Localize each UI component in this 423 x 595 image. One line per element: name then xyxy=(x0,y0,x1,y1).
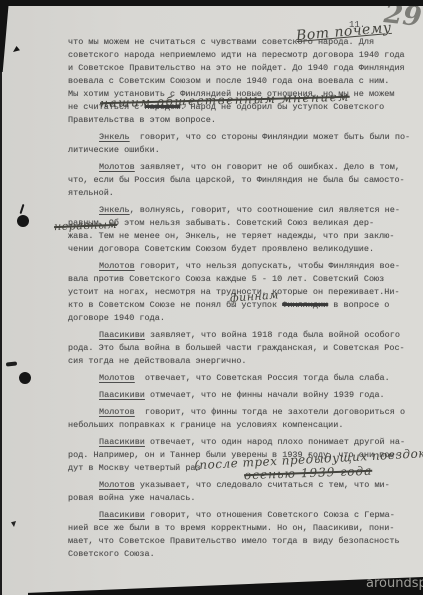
struck-word: Финляндии xyxy=(282,300,328,310)
typed-line: воевала с Советским Союзом и после 1940 … xyxy=(68,75,413,88)
paragraph: Молотов указывает, что следовало считать… xyxy=(68,479,413,505)
speaker-name: Энкель xyxy=(99,205,130,215)
typed-line: жава. Тем не менее он, Энкель, не теряет… xyxy=(68,230,413,243)
watermark: aroundspb.ru xyxy=(366,576,423,591)
punch-hole-ink-blot xyxy=(17,215,29,227)
scan-edge-bottom xyxy=(28,577,423,595)
paragraph: Энкель говорит, что со стороны Финляндии… xyxy=(68,131,413,157)
typed-line: Молотов заявляет, что он говорит не об о… xyxy=(68,161,413,174)
typed-line: Паасикиви говорит, что отношения Советск… xyxy=(68,509,413,522)
typed-line: Молотов говорит, что нельзя допускать, ч… xyxy=(68,260,413,273)
typed-line: Энкель говорит, что со стороны Финляндии… xyxy=(68,131,413,144)
speaker-name: Энкель xyxy=(99,132,130,142)
scanned-document-page: { "page": { "handwritten_page_number": "… xyxy=(0,0,423,595)
typed-line: Паасикиви заявляет, что война 1918 года … xyxy=(68,329,413,342)
handwritten-correction-neravnym: неравным xyxy=(54,218,118,233)
paragraph: что мы можем не считаться с чувствами со… xyxy=(68,36,413,127)
typed-line: мает, что Советское Правительство имело … xyxy=(68,535,413,548)
speaker-name: Молотов xyxy=(99,162,135,172)
paragraph: Паасикиви заявляет, что война 1918 года … xyxy=(68,329,413,368)
speaker-name: Молотов xyxy=(99,373,135,383)
typed-line: Правительства в этом вопросе. xyxy=(68,114,413,127)
typed-line: Паасикиви отмечает, что не финны начали … xyxy=(68,389,413,402)
paragraph: Энкель, волнуясь, говорит, что соотношен… xyxy=(68,204,413,256)
speaker-name: Паасикиви xyxy=(99,510,145,520)
paragraph: Молотов говорит, что финны тогда не захо… xyxy=(68,406,413,432)
speaker-name: Молотов xyxy=(99,407,135,417)
typed-line: небольших поправках к границе на условия… xyxy=(68,419,413,432)
paragraph: Паасикиви отмечает, что не финны начали … xyxy=(68,389,413,402)
speaker-name: Паасикиви xyxy=(99,390,145,400)
typed-line: и Советское Правительство на это не пойд… xyxy=(68,62,413,75)
paragraph: Молотов отвечает, что Советская Россия т… xyxy=(68,372,413,385)
typed-line: Паасикиви отвечает, что один народ плохо… xyxy=(68,436,413,449)
typed-line: чении договора Советским Союзом будет пр… xyxy=(68,243,413,256)
typed-line: литические ошибки. xyxy=(68,144,413,157)
speaker-name: Паасикиви xyxy=(99,437,145,447)
typed-line: Молотов говорит, что финны тогда не захо… xyxy=(68,406,413,419)
typed-line: что, если бы Россия была царской, то Фин… xyxy=(68,174,413,187)
typed-line: советского народа неприемлемо идти на пе… xyxy=(68,49,413,62)
typed-line: рода. Это была война в большей части гра… xyxy=(68,342,413,355)
typed-line: вала против Советского Союза каждые 5 - … xyxy=(68,273,413,286)
punch-hole-ink-blot xyxy=(19,372,31,384)
typed-line: Молотов указывает, что следовало считать… xyxy=(68,479,413,492)
speaker-name: Молотов xyxy=(99,261,135,271)
paragraph: Молотов заявляет, что он говорит не об о… xyxy=(68,161,413,200)
typed-line: ровая война уже началась. xyxy=(68,492,413,505)
speaker-name: Молотов xyxy=(99,480,135,490)
typed-line: Молотов отвечает, что Советская Россия т… xyxy=(68,372,413,385)
typed-line: сия тогда не действовала энергично. xyxy=(68,355,413,368)
typed-line: ятельной. xyxy=(68,187,413,200)
typed-text: что мы можем не считаться с чувствами со… xyxy=(0,0,423,565)
typed-line: нией все же были в то время корректными.… xyxy=(68,522,413,535)
typed-line: договоре 1940 года. xyxy=(68,312,413,325)
paragraph: Паасикиви говорит, что отношения Советск… xyxy=(68,509,413,561)
speaker-name: Паасикиви xyxy=(99,330,145,340)
scan-edge-left xyxy=(0,0,2,595)
typed-line: Энкель, волнуясь, говорит, что соотношен… xyxy=(68,204,413,217)
scan-edge-top xyxy=(0,0,423,6)
typed-line: равным. Об этом нельзя забывать. Советск… xyxy=(68,217,413,230)
typed-line: Советского Союза. xyxy=(68,548,413,561)
